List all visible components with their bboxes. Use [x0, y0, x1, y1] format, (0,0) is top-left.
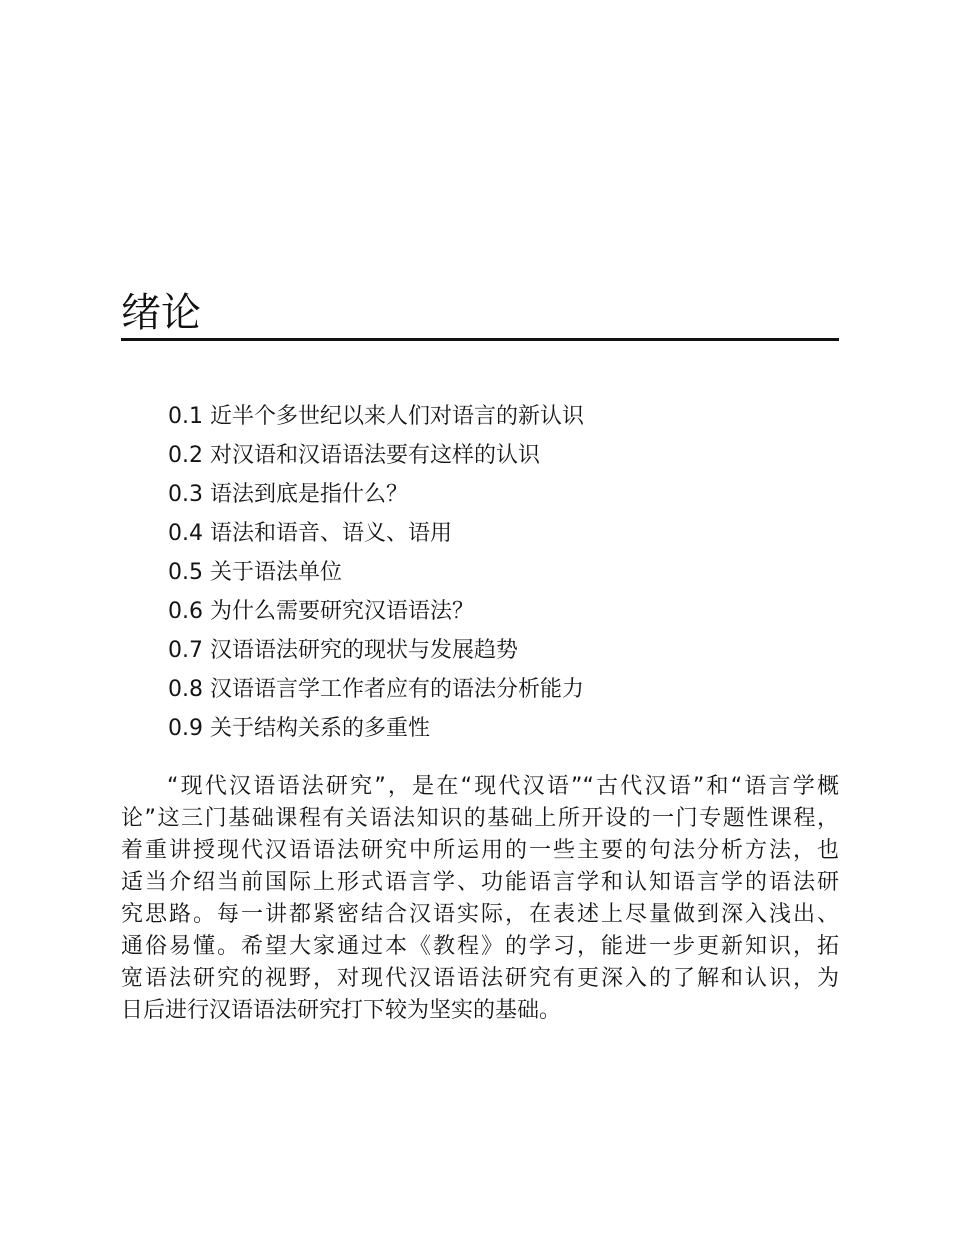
- paragraph-line: 究思路。每一讲都紧密结合汉语实际，在表述上尽量做到深入浅出、: [121, 899, 839, 931]
- paragraph-line: 日后进行汉语语法研究打下较为坚实的基础。: [121, 995, 839, 1027]
- toc-item: 0.6为什么需要研究汉语语法？: [168, 592, 584, 631]
- toc-label: 关于语法单位: [210, 560, 342, 585]
- paragraph-line: “现代汉语语法研究”，是在“现代汉语”“古代汉语”和“语言学概: [121, 771, 839, 803]
- paragraph-line: 论”这三门基础课程有关语法知识的基础上所开设的一门专题性课程，: [121, 803, 839, 835]
- toc-item: 0.9关于结构关系的多重性: [168, 709, 584, 748]
- paragraph-line: 着重讲授现代汉语语法研究中所运用的一些主要的句法分析方法，也: [121, 835, 839, 867]
- toc-item: 0.1近半个多世纪以来人们对语言的新认识: [168, 397, 584, 436]
- toc-item: 0.5关于语法单位: [168, 553, 584, 592]
- toc-number: 0.6: [168, 599, 203, 624]
- toc-label: 对汉语和汉语语法要有这样的认识: [210, 443, 540, 468]
- toc-item: 0.7汉语语法研究的现状与发展趋势: [168, 631, 584, 670]
- toc-number: 0.5: [168, 560, 203, 585]
- paragraph-line: 宽语法研究的视野，对现代汉语语法研究有更深入的了解和认识，为: [121, 963, 839, 995]
- intro-paragraph: “现代汉语语法研究”，是在“现代汉语”“古代汉语”和“语言学概 论”这三门基础课…: [121, 771, 839, 1027]
- toc-item: 0.8汉语语言学工作者应有的语法分析能力: [168, 670, 584, 709]
- toc-item: 0.4语法和语音、语义、语用: [168, 514, 584, 553]
- toc-label: 关于结构关系的多重性: [210, 716, 430, 741]
- table-of-contents: 0.1近半个多世纪以来人们对语言的新认识 0.2对汉语和汉语语法要有这样的认识 …: [168, 397, 584, 748]
- toc-label: 语法和语音、语义、语用: [210, 521, 452, 546]
- toc-label: 近半个多世纪以来人们对语言的新认识: [210, 404, 584, 429]
- toc-number: 0.2: [168, 443, 203, 468]
- toc-label: 汉语语法研究的现状与发展趋势: [210, 638, 518, 663]
- toc-item: 0.2对汉语和汉语语法要有这样的认识: [168, 436, 584, 475]
- toc-label: 语法到底是指什么？: [210, 482, 408, 507]
- paragraph-line: 通俗易懂。希望大家通过本《教程》的学习，能进一步更新知识，拓: [121, 931, 839, 963]
- toc-label: 为什么需要研究汉语语法？: [210, 599, 474, 624]
- toc-number: 0.8: [168, 677, 203, 702]
- toc-item: 0.3语法到底是指什么？: [168, 475, 584, 514]
- toc-number: 0.4: [168, 521, 203, 546]
- toc-number: 0.7: [168, 638, 203, 663]
- toc-number: 0.3: [168, 482, 203, 507]
- title-divider: [121, 338, 839, 341]
- paragraph-line: 适当介绍当前国际上形式语言学、功能语言学和认知语言学的语法研: [121, 867, 839, 899]
- toc-number: 0.9: [168, 716, 203, 741]
- chapter-title: 绪论: [121, 288, 201, 338]
- toc-label: 汉语语言学工作者应有的语法分析能力: [210, 677, 584, 702]
- toc-number: 0.1: [168, 404, 203, 429]
